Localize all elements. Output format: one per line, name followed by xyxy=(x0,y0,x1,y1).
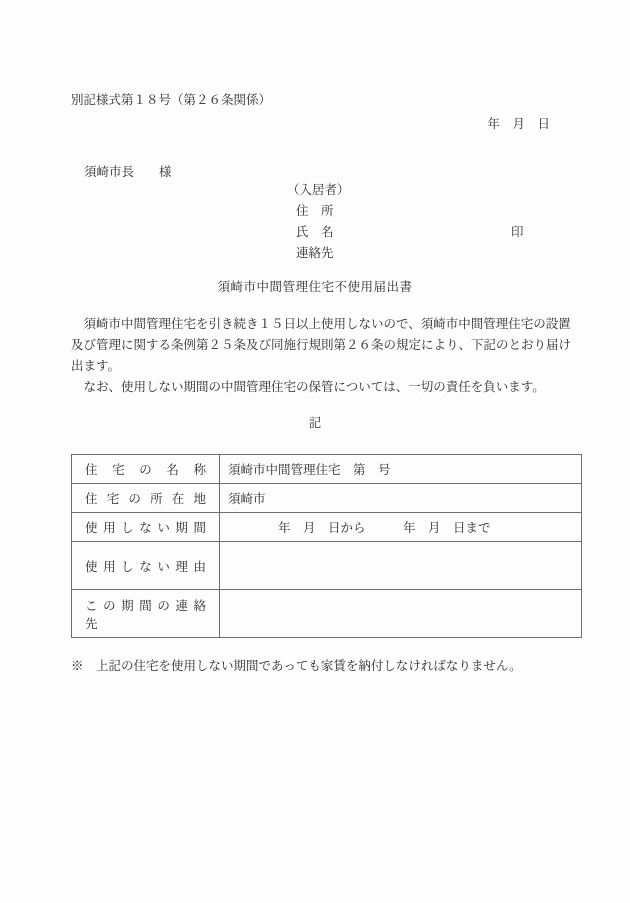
table-row-housing-location: 住 宅 の 所 在 地 須崎市 xyxy=(72,484,582,513)
row-value xyxy=(220,590,582,638)
row-label: 使 用 し な い 期 間 xyxy=(72,513,220,542)
applicant-name-row: 氏 名 印 xyxy=(287,222,350,243)
document-page: 別記様式第１８号（第２６条関係） 年 月 日 須崎市長 様 （入居者） 住 所 … xyxy=(0,0,630,903)
date-line: 年 月 日 xyxy=(71,114,550,132)
table-row-nonuse-period: 使 用 し な い 期 間 年 月 日から 年 月 日まで xyxy=(72,513,582,542)
footnote: ※ 上記の住宅を使用しない期間であっても家賃を納付しなければなりません。 xyxy=(71,656,522,674)
row-label: こ の 期 間 の 連 絡 先 xyxy=(72,590,220,638)
row-value: 須崎市中間管理住宅 第 号 xyxy=(220,455,582,484)
row-value: 年 月 日から 年 月 日まで xyxy=(220,513,582,542)
address-label: 住 所 xyxy=(296,204,334,218)
table-row-period-contact: こ の 期 間 の 連 絡 先 xyxy=(72,590,582,638)
row-value xyxy=(220,542,582,590)
row-label: 住 宅 の 名 称 xyxy=(72,455,220,484)
seal-mark: 印 xyxy=(511,222,524,243)
applicant-contact-row: 連絡先 xyxy=(287,243,350,264)
row-label: 住 宅 の 所 在 地 xyxy=(72,484,220,513)
row-value: 須崎市 xyxy=(220,484,582,513)
body-line: なお、使用しない期間の中間管理住宅の保管については、一切の責任を負います。 xyxy=(71,377,551,398)
form-number: 別記様式第１８号（第２６条関係） xyxy=(71,90,271,108)
body-line: 須崎市中間管理住宅を引き続き１５日以上使用しないので、須崎市中間管理住宅の設置 xyxy=(71,314,551,335)
record-marker: 記 xyxy=(0,413,630,431)
row-label: 使 用 し な い 理 由 xyxy=(72,542,220,590)
contact-label: 連絡先 xyxy=(296,246,334,260)
body-line: 出ます。 xyxy=(71,356,551,377)
table-row-housing-name: 住 宅 の 名 称 須崎市中間管理住宅 第 号 xyxy=(72,455,582,484)
applicant-address-row: 住 所 xyxy=(287,201,350,222)
applicant-heading: （入居者） xyxy=(287,180,350,201)
body-paragraph: 須崎市中間管理住宅を引き続き１５日以上使用しないので、須崎市中間管理住宅の設置 … xyxy=(71,314,551,398)
addressee-line: 須崎市長 様 xyxy=(84,162,172,180)
table-row-nonuse-reason: 使 用 し な い 理 由 xyxy=(72,542,582,590)
name-label: 氏 名 xyxy=(296,225,334,239)
body-line: 及び管理に関する条例第２５条及び同施行規則第２６条の規定により、下記のとおり届け xyxy=(71,335,551,356)
applicant-block: （入居者） 住 所 氏 名 印 連絡先 xyxy=(287,180,350,264)
details-table-wrap: 住 宅 の 名 称 須崎市中間管理住宅 第 号 住 宅 の 所 在 地 須崎市 … xyxy=(71,454,582,638)
details-table: 住 宅 の 名 称 須崎市中間管理住宅 第 号 住 宅 の 所 在 地 須崎市 … xyxy=(71,454,582,638)
document-title: 須崎市中間管理住宅不使用届出書 xyxy=(0,277,630,295)
